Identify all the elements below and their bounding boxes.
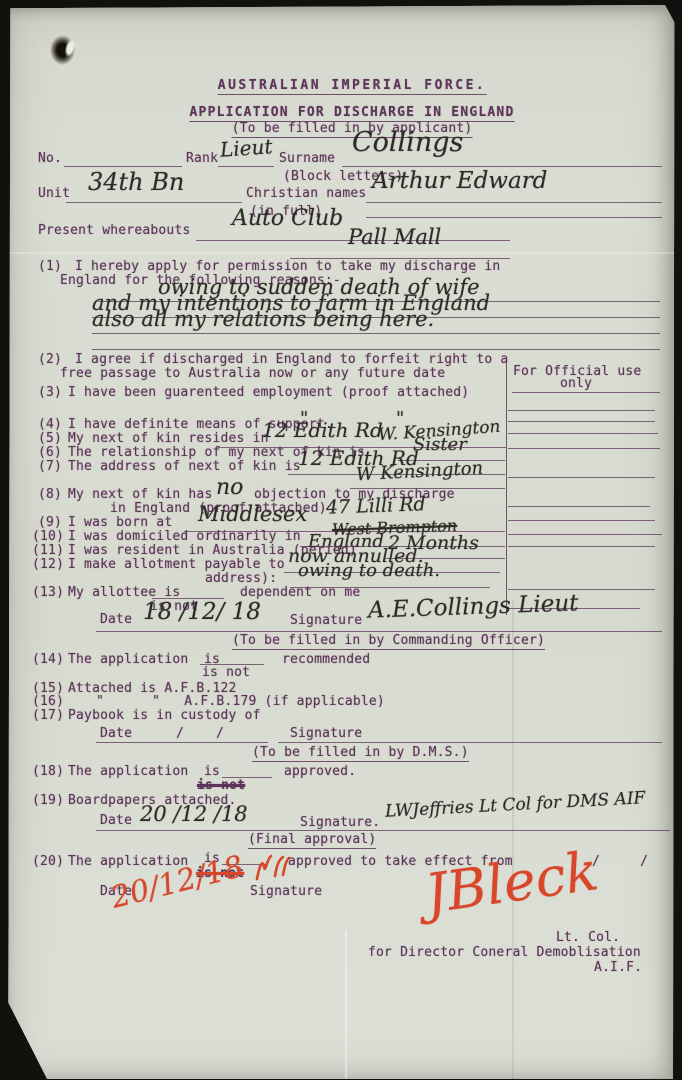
co-date-label: Date [100,726,132,741]
item-1-number: (1) [38,259,62,274]
item-18-text-1: The application [68,764,188,779]
item-14-text-1: The application [68,652,188,667]
official-box-rule [508,410,655,411]
applicant-date-value: 18 /12/ 18 [143,601,261,624]
item-6-number: (6) [38,445,62,460]
rule-line [96,742,268,743]
item-14-is-not: is not [202,665,250,680]
item-1-text-1: I hereby apply for permission to take my… [75,259,500,274]
whereabouts-label: Present whereabouts [38,223,191,238]
item-12-text-2: address): [205,571,277,586]
christian-names-value: Arthur Edward [372,170,547,193]
whereabouts-value-1: Auto Club [232,208,343,230]
item-10-number: (10) [32,529,64,544]
commanding-officer-section-header: (To be filled in by Commanding Officer) [232,633,545,650]
item-8-number: (8) [38,487,62,502]
unit-value: 34th Bn [88,170,184,194]
form-paper: AUSTRALIAN IMPERIAL FORCE. APPLICATION F… [7,5,675,1080]
christian-names-label: Christian names [246,186,366,201]
official-box-rule [508,421,655,422]
item-9-handwritten-2: 47 Lilli Rd [326,495,426,517]
official-box-header-2: only [560,376,592,391]
rule-line [96,830,670,831]
item-2-text-1: I agree if discharged in England to forf… [75,352,508,367]
item-20-date-slashes: / / [592,854,648,869]
dms-section-header: (To be filled in by D.M.S.) [252,745,469,762]
item-5-handwritten-1: 12 Edith Rd [262,420,383,440]
item-16-text: " " A.F.B.179 (if applicable) [96,694,385,709]
co-signature-label: Signature [290,726,362,741]
official-box-rule [508,433,658,434]
item-3-number: (3) [38,385,62,400]
item-18-text-2: approved. [284,764,356,779]
item-9-text: I was born at [68,515,172,530]
item-5-text: My next of kin resides in [68,431,269,446]
official-box-rule [508,589,655,590]
org-title: AUSTRALIAN IMPERIAL FORCE. [218,78,487,95]
form-title: APPLICATION FOR DISCHARGE IN ENGLAND [190,105,515,122]
item-9-number: (9) [38,515,62,530]
co-date-slash-2: / [216,726,224,741]
rule-line [92,333,660,334]
footer-authority: for Director Coneral Demoblisation [368,945,641,960]
rule-line [96,631,662,632]
dms-signature-value: LWJeffries Lt Col for DMS AIF [385,790,646,821]
item-13-text-2: dependent on me [240,585,360,600]
item-4-number: (4) [38,417,62,432]
item-9-handwritten-1: Middlesex [198,504,307,525]
item-7-text: The address of next of kin is [68,459,301,474]
rank-value: Lieut [219,136,273,160]
rule-line [64,166,182,167]
official-box-rule [508,520,655,521]
item-8-text-1: My next of kin has [68,487,212,502]
rule-line [342,166,662,167]
item-16-number: (16) [32,694,64,709]
paper-crease [345,930,347,1080]
item-14-text-2: recommended [282,652,370,667]
item-18-is-not-struck: is not [197,778,245,793]
surname-value: Collings [352,129,463,156]
item-3-text: I have been guarenteed employment (proof… [68,385,469,400]
item-18-number: (18) [32,764,64,779]
footer-rank: Lt. Col. [556,930,620,945]
co-date-slash-1: / [176,726,184,741]
official-box-rule [508,534,662,535]
item-17-number: (17) [32,708,64,723]
applicant-signature-value: A.E.Collings Lieut [368,592,579,622]
rule-line [218,166,274,167]
item-13-number: (13) [32,585,64,600]
rule-line [278,742,662,743]
item-20-number: (20) [32,854,64,869]
official-box-rule [512,392,660,393]
item-17-text: Paybook is in custody of [68,708,261,723]
item-2-text-2: free passage to Australia now or any fut… [60,366,445,381]
surname-label: Surname [279,151,335,166]
final-signature-label: Signature [250,884,322,899]
item-6-handwritten: Sister [413,436,467,454]
item-5-number: (5) [38,431,62,446]
item-12-text: I make allotment payable to [68,557,285,572]
rule-line [92,349,660,350]
footer-org: A.I.F. [594,960,642,975]
rule-line [66,202,242,203]
item-18-is: is [204,764,220,779]
item-11-number: (11) [32,543,64,558]
paper-crease [512,600,514,1080]
item-14-number: (14) [32,652,64,667]
dms-date-value: 20 /12 /18 [140,804,248,825]
official-box-border [506,363,507,615]
official-box-rule [508,448,660,449]
official-box-rule [508,506,650,507]
item-7-handwritten-2: W Kensington [356,460,484,485]
item-10-text: I was domiciled ordinarily in [68,529,301,544]
punch-hole [44,28,88,74]
final-approval-section-header: (Final approval) [248,832,376,849]
whereabouts-value-2: Pall Mall [348,227,441,248]
official-box-rule [508,477,655,478]
applicant-date-label: Date [100,612,132,627]
item-19-number: (19) [32,793,64,808]
dms-signature-label: Signature. [300,815,380,830]
official-box-rule [508,546,655,547]
scanned-document: AUSTRALIAN IMPERIAL FORCE. APPLICATION F… [0,0,682,1080]
item-2-number: (2) [38,352,62,367]
rule-line [366,217,662,218]
item-12-number: (12) [32,557,64,572]
unit-label: Unit [38,186,70,201]
paper-crease [0,252,682,254]
applicant-signature-label: Signature [290,613,362,628]
no-label: No. [38,151,62,166]
rank-label: Rank [186,151,218,166]
item-1-handwritten-3: also all my relations being here. [92,309,434,330]
item-8-handwritten: no [216,477,243,499]
item-7-number: (7) [38,459,62,474]
item-12-handwritten-2: owing to death. [298,562,440,580]
rule-line [366,202,662,203]
dms-date-label: Date [100,813,132,828]
red-ink-scribble-mark [250,851,292,883]
